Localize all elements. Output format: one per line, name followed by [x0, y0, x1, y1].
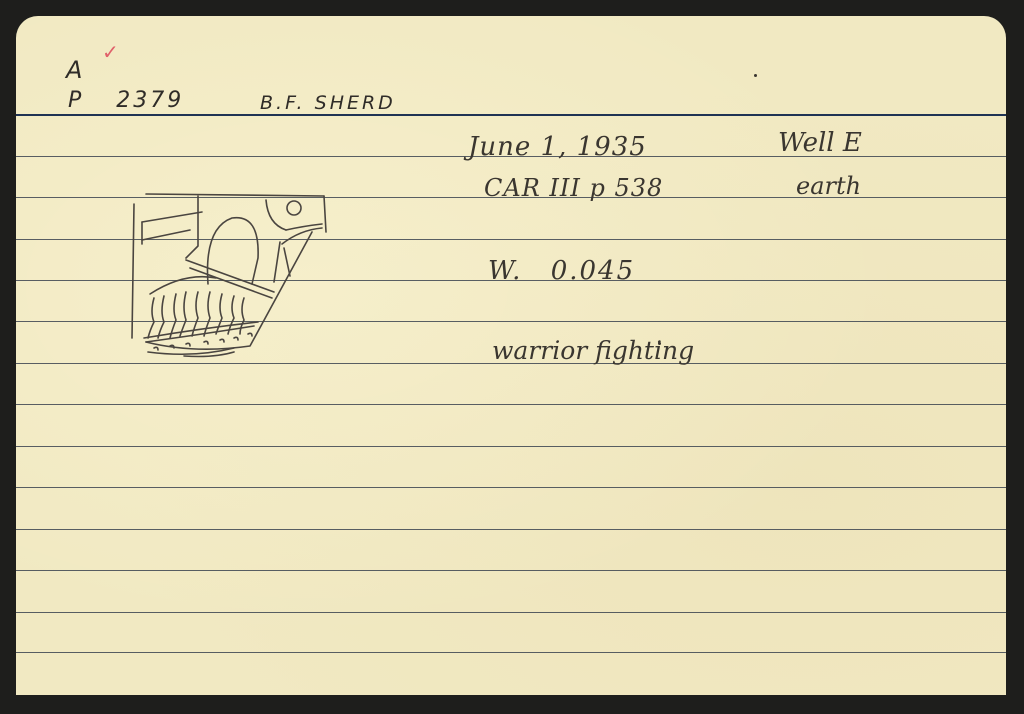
- ink-speck: [754, 74, 757, 77]
- findspot-line-2: earth: [796, 174, 861, 198]
- ruled-line: [16, 652, 1006, 653]
- ruled-line: [16, 404, 1006, 405]
- scan-background: A ✓ P 2379 B.F. SHERD June 1, 1935 Well …: [0, 0, 1024, 714]
- check-mark-icon: ✓: [102, 42, 119, 62]
- dimension-width: W. 0.045: [488, 258, 635, 284]
- header-rule: [16, 114, 1006, 116]
- ruled-line: [16, 487, 1006, 488]
- ruled-line: [16, 529, 1006, 530]
- ruled-line: [16, 612, 1006, 613]
- index-card: A ✓ P 2379 B.F. SHERD June 1, 1935 Well …: [16, 16, 1006, 695]
- ruled-line: [16, 446, 1006, 447]
- ink-speck: [658, 342, 661, 345]
- object-type: B.F. SHERD: [260, 94, 396, 113]
- ruled-line: [16, 570, 1006, 571]
- excavation-date: June 1, 1935: [468, 134, 647, 160]
- catalog-letter: A: [66, 58, 85, 82]
- subject-description: warrior fighting: [492, 338, 694, 363]
- inventory-number: P 2379: [68, 90, 184, 112]
- publication-reference: CAR III p 538: [484, 176, 663, 200]
- sherd-sketch-drawing: drawing of sherd fragment: [124, 188, 334, 358]
- findspot-line-1: Well E: [778, 130, 862, 156]
